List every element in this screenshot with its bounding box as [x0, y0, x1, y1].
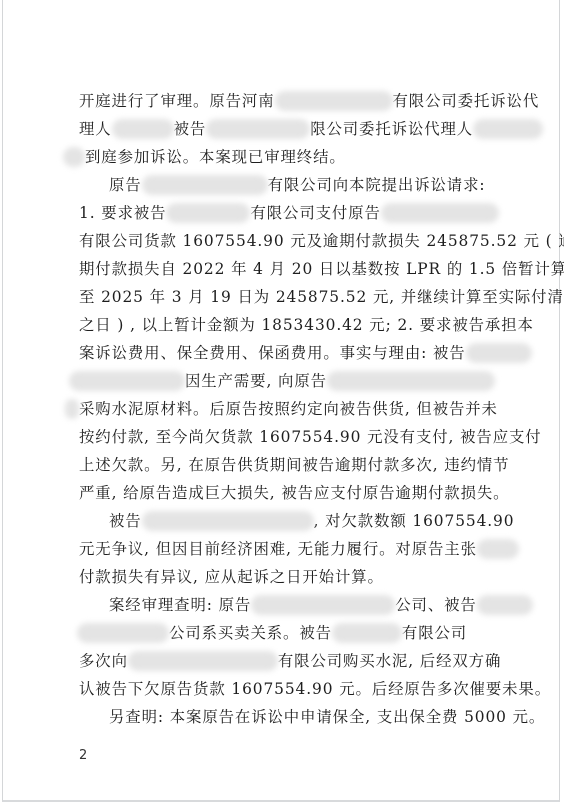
redaction-blur	[381, 203, 499, 223]
text-segment: 期付款损失自 2022 年 4 月 20 日以基数按 LPR 的 1.5 倍暂计…	[79, 260, 564, 278]
redaction-blur	[251, 595, 395, 615]
redaction-blur	[332, 623, 402, 643]
text-line: 付款损失有异议, 应从起诉之日开始计算。	[79, 563, 499, 591]
text-segment: 有限公司支付原告	[250, 204, 380, 222]
redaction-blur	[142, 175, 268, 195]
text-segment: 有限公司向本院提出诉讼请求:	[268, 176, 486, 194]
text-line: 案经审理查明: 原告公司、被告	[109, 591, 529, 619]
text-line: 原告有限公司向本院提出诉讼请求:	[109, 171, 529, 199]
text-line: 另查明: 本案原告在诉讼中申请保全, 支出保全费 5000 元。	[109, 703, 529, 731]
text-segment: 采购水泥原材料。后原告按照约定向被告供货, 但被告并未	[79, 400, 498, 418]
redaction-blur	[63, 147, 85, 167]
text-segment: 被告	[109, 512, 142, 530]
text-segment: 认被告下欠原告货款 1607554.90 元。后经原告多次催要未果。	[79, 680, 551, 698]
text-line: 被告, 对欠款数额 1607554.90	[109, 507, 529, 535]
redaction-blur	[166, 203, 250, 223]
text-line: 公司系买卖关系。被告有限公司	[77, 619, 497, 647]
text-line: 开庭进行了审理。原告河南有限公司委托诉讼代	[79, 87, 499, 115]
text-line: 有限公司货款 1607554.90 元及逾期付款损失 245875.52 元 (…	[79, 227, 499, 255]
text-line: 期付款损失自 2022 年 4 月 20 日以基数按 LPR 的 1.5 倍暂计…	[79, 255, 499, 283]
page-number: 2	[79, 748, 87, 763]
text-segment: 案经审理查明: 原告	[109, 596, 251, 614]
text-segment: 1. 要求被告	[79, 204, 166, 222]
redaction-blur	[473, 119, 543, 139]
text-segment: 付款损失有异议, 应从起诉之日开始计算。	[79, 568, 384, 586]
text-segment: 理人	[79, 120, 112, 138]
text-segment: , 对欠款数额 1607554.90	[314, 512, 515, 530]
text-segment: 至 2025 年 3 月 19 日为 245875.52 元, 并继续计算至实际…	[79, 288, 564, 306]
text-segment: 多次向	[79, 652, 128, 670]
document-page: 开庭进行了审理。原告河南有限公司委托诉讼代 理人被告限公司委托诉讼代理人 到庭参…	[2, 0, 560, 802]
text-segment: 有限公司购买水泥, 后经双方确	[278, 652, 501, 670]
text-segment: 公司系买卖关系。被告	[169, 624, 332, 642]
text-segment: 严重, 给原告造成巨大损失, 被告应支付原告逾期付款损失。	[79, 484, 509, 502]
text-segment: 有限公司委托诉讼代	[393, 92, 540, 110]
text-line: 按约付款, 至今尚欠货款 1607554.90 元没有支付, 被告应支付	[79, 423, 499, 451]
text-segment: 按约付款, 至今尚欠货款 1607554.90 元没有支付, 被告应支付	[79, 428, 542, 446]
text-line: 采购水泥原材料。后原告按照约定向被告供货, 但被告并未	[65, 395, 485, 423]
text-segment: 因生产需要, 向原告	[185, 372, 327, 390]
text-segment: 另查明: 本案原告在诉讼中申请保全, 支出保全费 5000 元。	[109, 708, 545, 726]
redaction-blur	[206, 119, 310, 139]
text-segment: 到庭参加诉讼。本案现已审理终结。	[85, 148, 346, 166]
redaction-blur	[69, 371, 185, 391]
text-segment: 公司、被告	[395, 596, 476, 614]
text-line: 因生产需要, 向原告	[69, 367, 489, 395]
text-line: 认被告下欠原告货款 1607554.90 元。后经原告多次催要未果。	[79, 675, 499, 703]
text-segment: 上述欠款。另, 在原告供货期间被告逾期付款多次, 违约情节	[79, 456, 509, 474]
text-line: 案诉讼费用、保全费用、保函费用。事实与理由: 被告	[79, 339, 499, 367]
redaction-blur	[142, 511, 314, 531]
text-segment: 元无争议, 但因目前经济困难, 无能力履行。对原告主张	[79, 540, 477, 558]
text-line: 1. 要求被告有限公司支付原告	[79, 199, 499, 227]
text-line: 理人被告限公司委托诉讼代理人	[79, 115, 499, 143]
redaction-blur	[466, 343, 532, 363]
text-segment: 限公司委托诉讼代理人	[310, 120, 473, 138]
text-line: 之日 ) , 以上暂计金额为 1853430.42 元; 2. 要求被告承担本	[79, 311, 499, 339]
text-segment: 被告	[174, 120, 207, 138]
redaction-blur	[275, 91, 393, 111]
text-line: 严重, 给原告造成巨大损失, 被告应支付原告逾期付款损失。	[79, 479, 499, 507]
redaction-blur	[477, 595, 533, 615]
redaction-blur	[65, 399, 79, 419]
redaction-blur	[477, 539, 519, 559]
text-segment: 案诉讼费用、保全费用、保函费用。事实与理由: 被告	[79, 344, 466, 362]
redaction-blur	[128, 651, 278, 671]
text-line: 多次向有限公司购买水泥, 后经双方确	[79, 647, 499, 675]
text-segment: 之日 ) , 以上暂计金额为 1853430.42 元; 2. 要求被告承担本	[79, 316, 534, 334]
redaction-blur	[112, 119, 174, 139]
text-segment: 原告	[109, 176, 142, 194]
text-line: 元无争议, 但因目前经济困难, 无能力履行。对原告主张	[79, 535, 499, 563]
text-segment: 开庭进行了审理。原告河南	[79, 92, 275, 110]
redaction-blur	[77, 623, 169, 643]
text-segment: 有限公司货款 1607554.90 元及逾期付款损失 245875.52 元 (…	[79, 232, 564, 250]
text-line: 至 2025 年 3 月 19 日为 245875.52 元, 并继续计算至实际…	[79, 283, 499, 311]
text-segment: 有限公司	[402, 624, 467, 642]
redaction-blur	[327, 371, 495, 391]
text-line: 到庭参加诉讼。本案现已审理终结。	[63, 143, 483, 171]
text-line: 上述欠款。另, 在原告供货期间被告逾期付款多次, 违约情节	[79, 451, 499, 479]
